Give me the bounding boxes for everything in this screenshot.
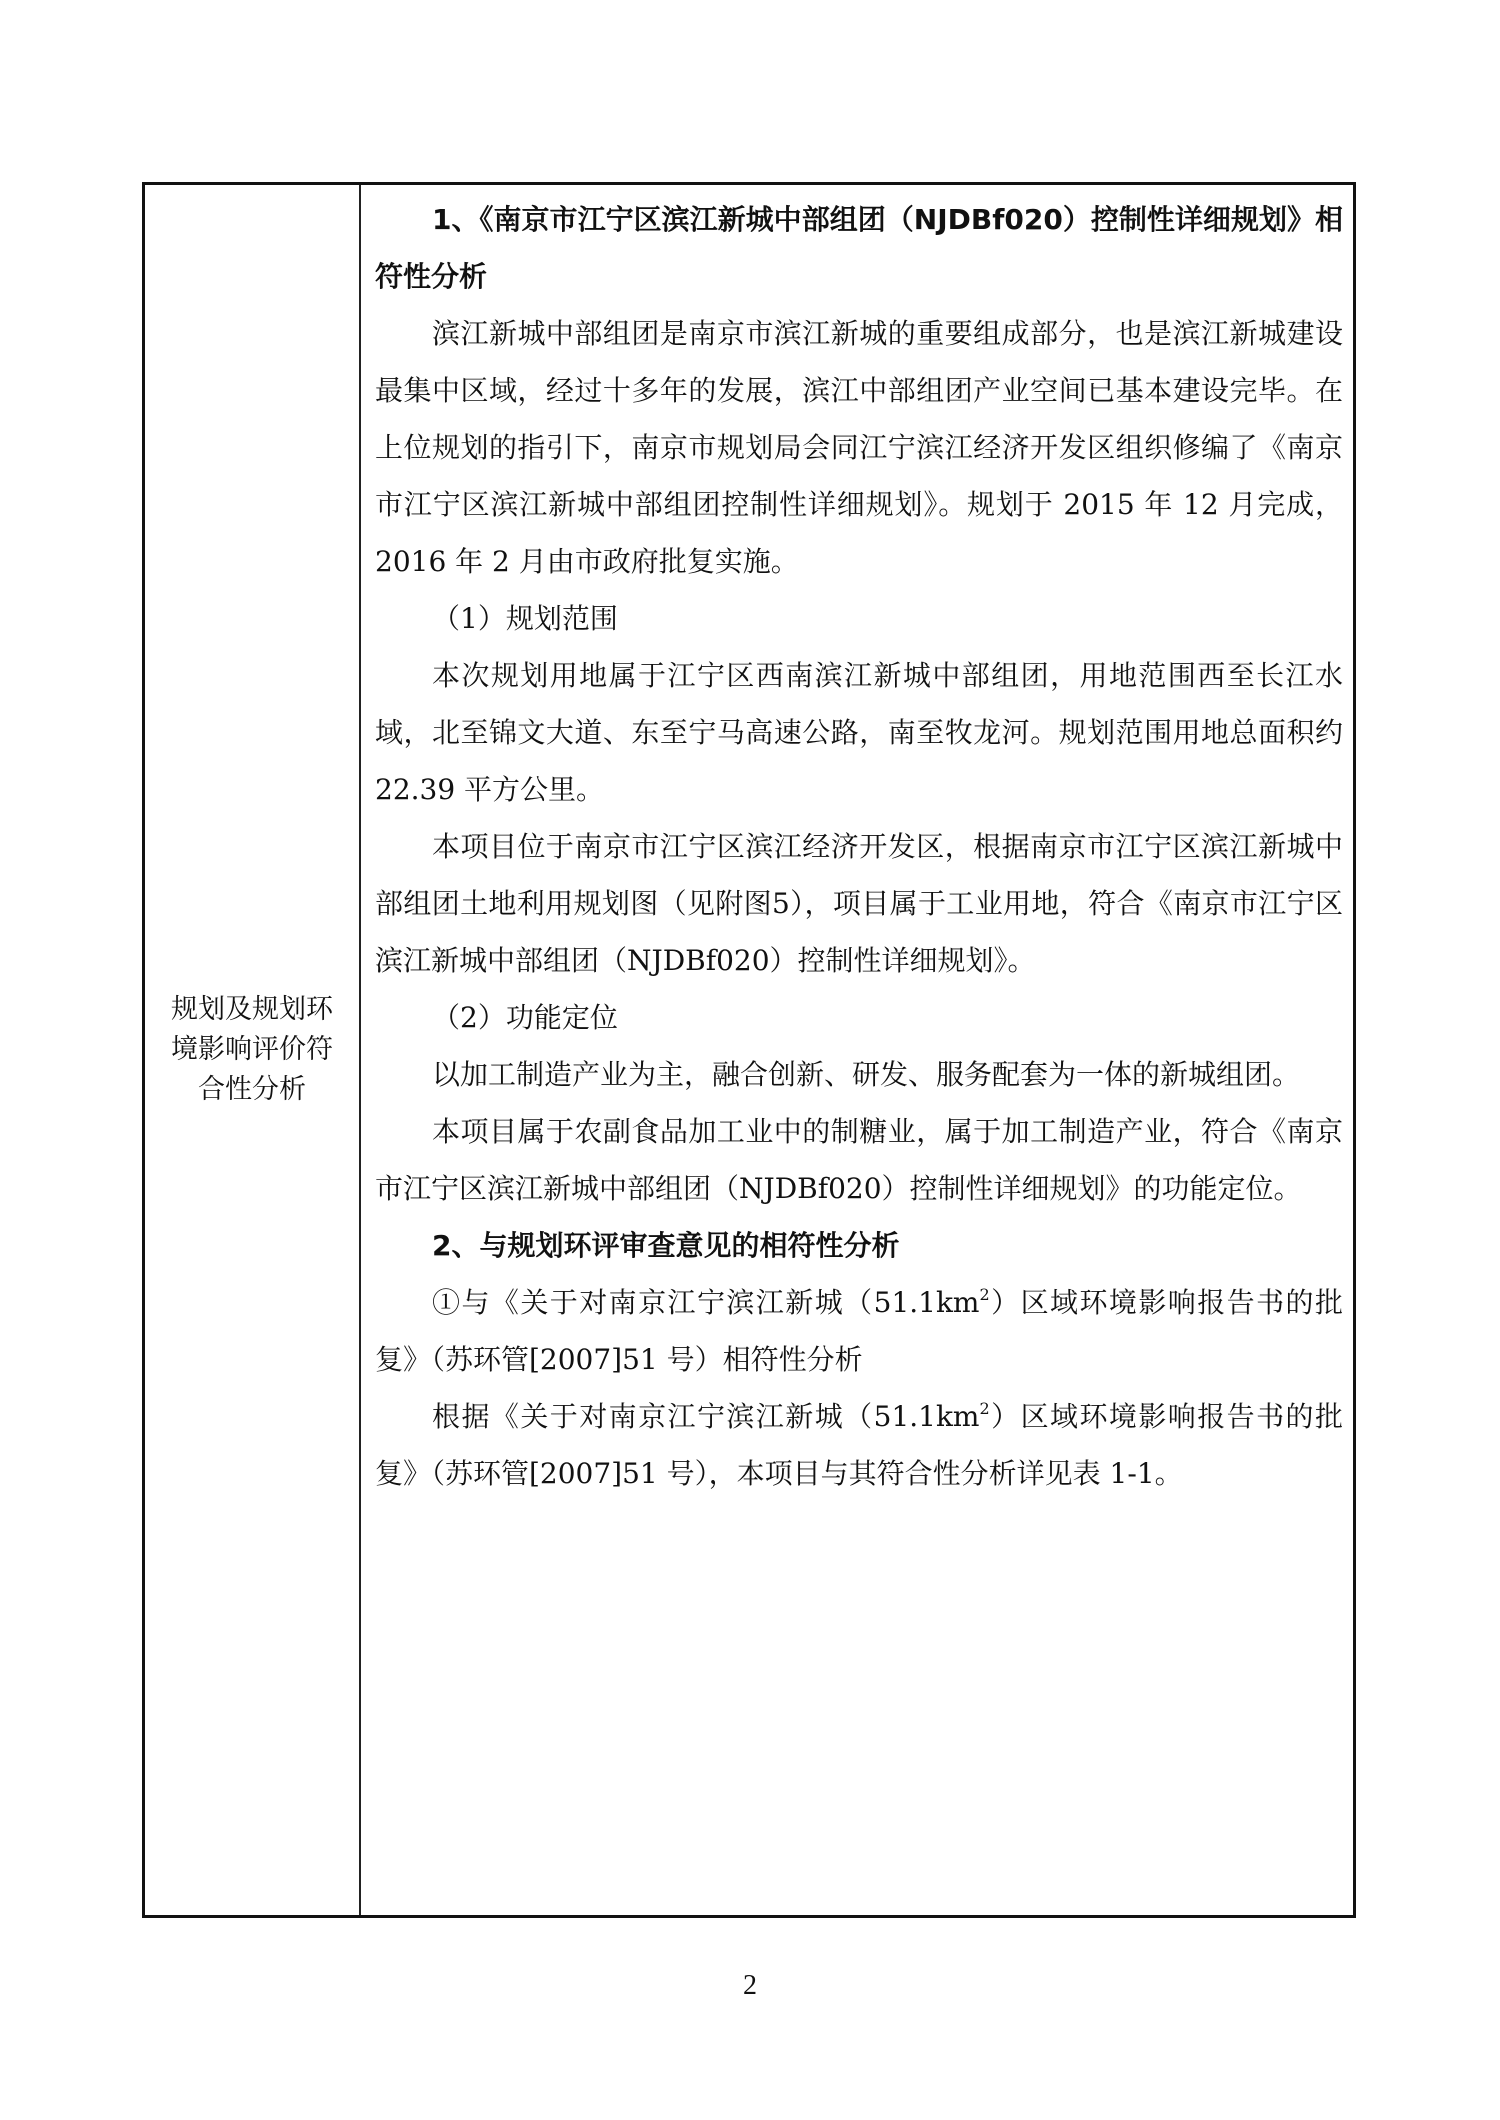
row-label: 规划及规划环境影响评价符合性分析 [162,990,342,1110]
superscript: 2 [980,1399,990,1418]
subheading-function: （2）功能定位 [375,989,1343,1046]
paragraph-approval-ref: 根据《关于对南京江宁滨江新城（51.1km2）区域环境影响报告书的批复》（苏环管… [375,1388,1343,1502]
paragraph-overview: 滨江新城中部组团是南京市滨江新城的重要组成部分，也是滨江新城建设最集中区域，经过… [375,305,1343,590]
content-cell: 1、《南京市江宁区滨江新城中部组团（NJDBf020）控制性详细规划》相符性分析… [361,185,1353,1502]
section-heading-1: 1、《南京市江宁区滨江新城中部组团（NJDBf020）控制性详细规划》相符性分析 [375,191,1343,305]
left-header-cell: 规划及规划环境影响评价符合性分析 [145,185,359,1915]
text-before: 根据《关于对南京江宁滨江新城（51.1km [432,1400,980,1433]
paragraph-function: 以加工制造产业为主，融合创新、研发、服务配套为一体的新城组团。 [375,1046,1343,1103]
superscript: 2 [980,1285,990,1304]
paragraph-project-function: 本项目属于农副食品加工业中的制糖业，属于加工制造产业，符合《南京市江宁区滨江新城… [375,1103,1343,1217]
analysis-table: 规划及规划环境影响评价符合性分析 1、《南京市江宁区滨江新城中部组团（NJDBf… [142,182,1356,1918]
paragraph-project-location: 本项目位于南京市江宁区滨江经济开发区，根据南京市江宁区滨江新城中部组团土地利用规… [375,818,1343,989]
text-before: ①与《关于对南京江宁滨江新城（51.1km [432,1286,980,1319]
page-number: 2 [0,1970,1500,2002]
section-heading-2: 2、与规划环评审查意见的相符性分析 [375,1217,1343,1274]
subheading-scope: （1）规划范围 [375,590,1343,647]
paragraph-scope: 本次规划用地属于江宁区西南滨江新城中部组团，用地范围西至长江水域，北至锦文大道、… [375,647,1343,818]
paragraph-approval-title: ①与《关于对南京江宁滨江新城（51.1km2）区域环境影响报告书的批复》（苏环管… [375,1274,1343,1388]
